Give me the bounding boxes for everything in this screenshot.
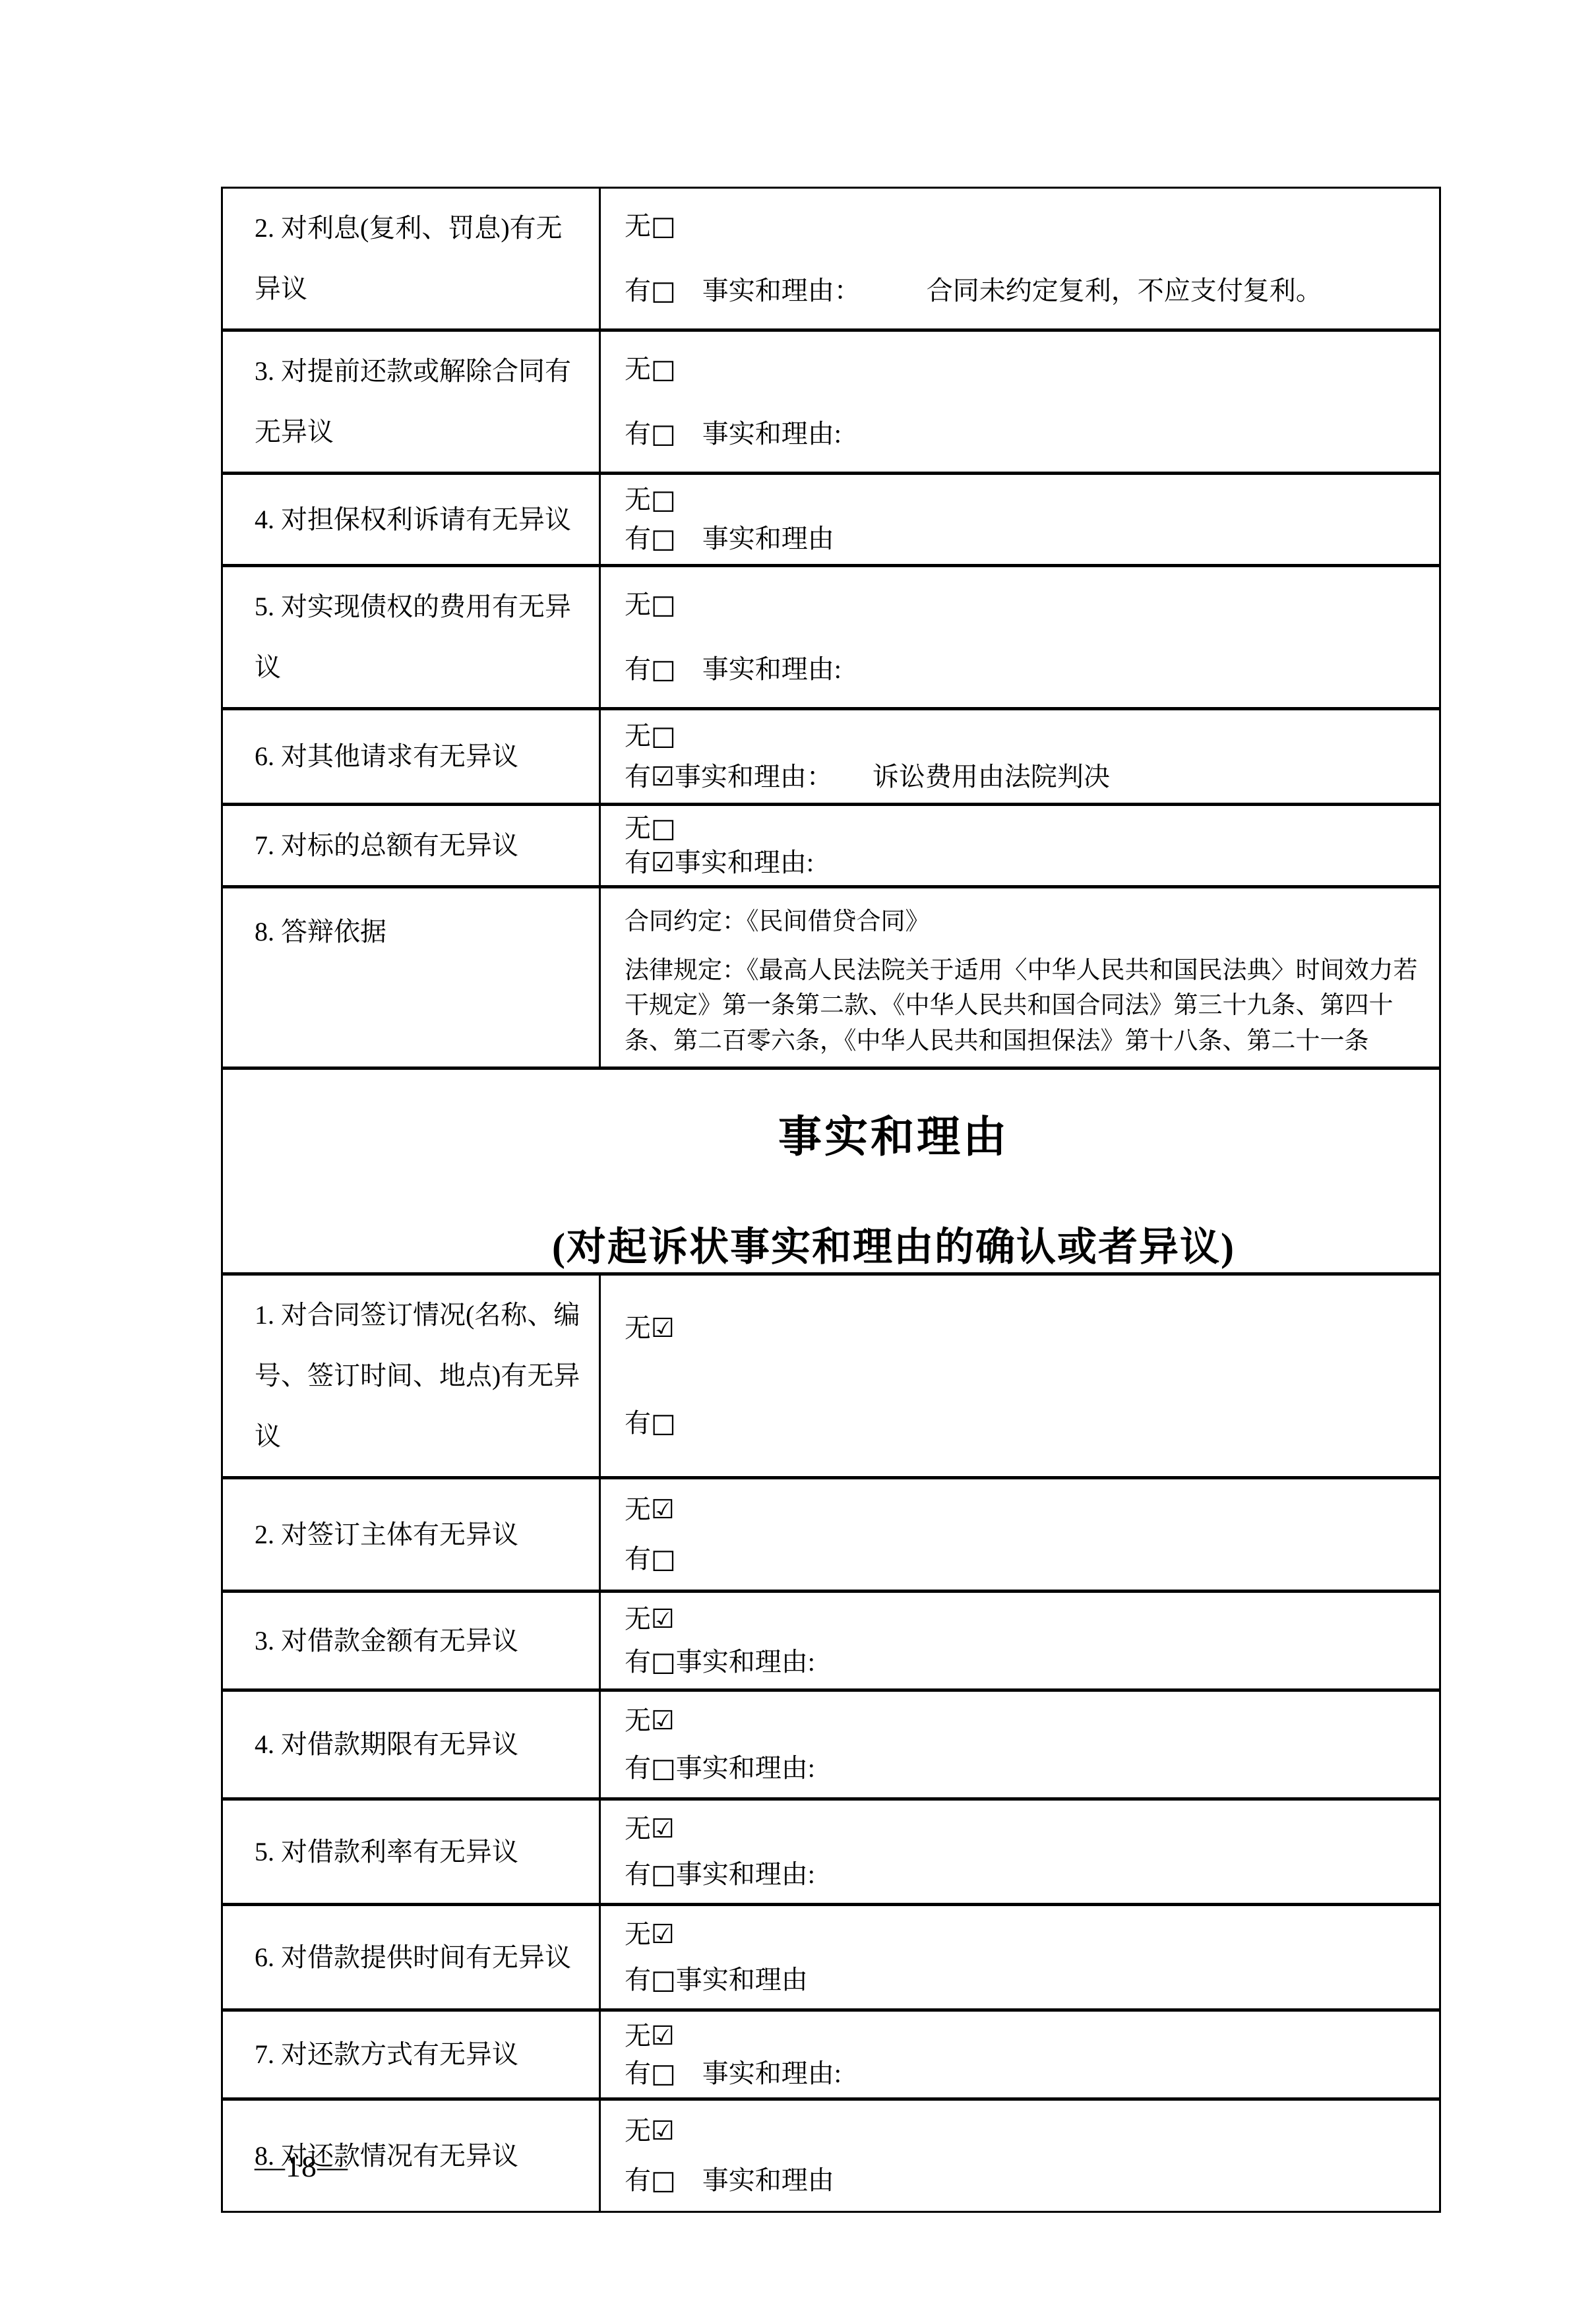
- checkbox-checked-icon: ☑: [651, 1706, 675, 1736]
- section-title-row: 事实和理由 (对起诉状事实和理由的确认或者异议): [223, 1067, 1439, 1272]
- option-yes-line: 有☑事实和理由： 诉讼费用由法院判决: [625, 760, 1426, 793]
- option-none-label: 无: [625, 354, 651, 384]
- legal-basis-line: 法律规定：《最高人民法院关于适用〈中华人民共和国民法典〉时间效力若干规定》第一条…: [625, 953, 1430, 1059]
- table-row: 8. 对还款情况有无异议 无☑ 有□ 事实和理由: [223, 2097, 1439, 2211]
- option-none-label: 无: [625, 1495, 651, 1524]
- checkbox-unchecked-icon: □: [651, 485, 676, 515]
- option-yes-rest: 事实和理由： 合同未约定复利，不应支付复利。: [676, 276, 1322, 305]
- option-yes-label: 有: [625, 2165, 651, 2195]
- option-yes-rest: 事实和理由:: [676, 2058, 842, 2088]
- option-yes-rest: 事实和理由:: [676, 419, 842, 448]
- checkbox-checked-icon: ☑: [651, 1495, 675, 1525]
- table-row: 3. 对提前还款或解除合同有无异议 无□ 有□ 事实和理由:: [223, 328, 1439, 472]
- option-none-line: 无☑: [625, 1603, 1426, 1636]
- row-label: 7. 对标的总额有无异议: [223, 806, 599, 885]
- option-none-line: 无□: [625, 210, 1426, 243]
- row-label-text: 1. 对合同签订情况(名称、编号、签订时间、地点)有无异议: [255, 1285, 587, 1467]
- option-yes-line: 有□ 事实和理由： 合同未约定复利，不应支付复利。: [625, 274, 1426, 307]
- row-label: 4. 对借款期限有无异议: [223, 1692, 599, 1797]
- option-none-line: 无□: [625, 720, 1426, 753]
- page-number: —18—: [255, 2149, 348, 2184]
- contract-basis-line: 合同约定：《民间借贷合同》: [625, 904, 1430, 940]
- option-yes-rest: 事实和理由:: [675, 848, 814, 877]
- option-yes-line: 有□: [625, 1407, 1426, 1440]
- checkbox-unchecked-icon: □: [651, 1544, 676, 1574]
- row-label-text: 5. 对借款利率有无异议: [255, 1822, 518, 1882]
- option-none-line: 无□: [625, 483, 1426, 516]
- option-none-line: 无□: [625, 588, 1426, 621]
- option-yes-line: 有□事实和理由:: [625, 1858, 1426, 1891]
- option-none-label: 无: [625, 485, 651, 514]
- table-row: 3. 对借款金额有无异议 无☑ 有□事实和理由:: [223, 1590, 1439, 1688]
- checkbox-checked-icon: ☑: [651, 2021, 675, 2051]
- row-label-text: 5. 对实现债权的费用有无异议: [255, 576, 587, 698]
- option-none-line: 无□: [625, 353, 1426, 386]
- checkbox-unchecked-icon: □: [651, 813, 676, 844]
- table-row: 1. 对合同签订情况(名称、编号、签订时间、地点)有无异议 无☑ 有□: [223, 1272, 1439, 1476]
- row-label: 3. 对借款金额有无异议: [223, 1593, 599, 1688]
- option-none-label: 无: [625, 2116, 651, 2146]
- option-none-line: 无□: [625, 812, 1426, 845]
- row-label: 5. 对借款利率有无异议: [223, 1801, 599, 1903]
- row-label-text: 7. 对标的总额有无异议: [255, 815, 518, 876]
- option-none-line: 无☑: [625, 1312, 1426, 1345]
- option-yes-line: 有□: [625, 1543, 1426, 1576]
- row-value: 无□ 有□ 事实和理由： 合同未约定复利，不应支付复利。: [599, 189, 1439, 328]
- option-yes-label: 有: [625, 1859, 651, 1889]
- row-label-text: 6. 对其他请求有无异议: [255, 726, 518, 787]
- option-yes-rest: 事实和理由:: [676, 1859, 815, 1889]
- row-value: 无☑ 有□ 事实和理由:: [599, 2012, 1439, 2097]
- option-none-label: 无: [625, 1706, 651, 1735]
- row-value: 无☑ 有□: [599, 1276, 1439, 1476]
- option-yes-label: 有: [625, 419, 651, 448]
- row-value: 无□ 有☑事实和理由:: [599, 806, 1439, 885]
- row-label-text: 6. 对借款提供时间有无异议: [255, 1927, 571, 1988]
- option-yes-label: 有: [625, 848, 651, 877]
- option-none-label: 无: [625, 1814, 651, 1843]
- table-row: 6. 对借款提供时间有无异议 无☑ 有□事实和理由: [223, 1903, 1439, 2008]
- option-yes-label: 有: [625, 1753, 651, 1783]
- option-yes-line: 有□ 事实和理由: [625, 2164, 1426, 2197]
- option-none-label: 无: [625, 1313, 651, 1343]
- row-value: 无☑ 有□事实和理由: [599, 1906, 1439, 2008]
- row-label: 3. 对提前还款或解除合同有无异议: [223, 332, 599, 472]
- option-yes-label: 有: [625, 524, 651, 553]
- option-none-label: 无: [625, 590, 651, 619]
- option-yes-label: 有: [625, 762, 651, 791]
- option-yes-line: 有□ 事实和理由:: [625, 653, 1426, 686]
- row-label-text: 8. 答辩依据: [255, 915, 386, 949]
- option-none-line: 无☑: [625, 2020, 1426, 2053]
- row-value: 无□ 有□ 事实和理由:: [599, 332, 1439, 472]
- option-yes-label: 有: [625, 276, 651, 305]
- document-page: 2. 对利息(复利、罚息)有无异议 无□ 有□ 事实和理由： 合同未约定复利，不…: [0, 0, 1596, 2319]
- option-yes-label: 有: [625, 1647, 651, 1677]
- section-title: 事实和理由: [348, 1101, 1439, 1164]
- option-none-label: 无: [625, 813, 651, 843]
- checkbox-checked-icon: ☑: [651, 1814, 675, 1844]
- table-row: 5. 对借款利率有无异议 无☑ 有□事实和理由:: [223, 1797, 1439, 1903]
- option-none-label: 无: [625, 1604, 651, 1634]
- row-label-text: 2. 对签订主体有无异议: [255, 1504, 518, 1565]
- option-yes-rest: 事实和理由: [676, 524, 834, 553]
- option-yes-label: 有: [625, 1408, 651, 1438]
- checkbox-unchecked-icon: □: [651, 2058, 676, 2089]
- checkbox-unchecked-icon: □: [651, 211, 676, 241]
- option-yes-label: 有: [625, 2058, 651, 2088]
- checkbox-unchecked-icon: □: [651, 590, 676, 620]
- row-value: 无□ 有□ 事实和理由:: [599, 567, 1439, 707]
- table-row: 8. 答辩依据 合同约定：《民间借贷合同》 法律规定：《最高人民法院关于适用〈中…: [223, 885, 1439, 1067]
- option-yes-line: 有□ 事实和理由:: [625, 417, 1426, 450]
- option-yes-line: 有□ 事实和理由:: [625, 2057, 1426, 2090]
- table-row: 2. 对利息(复利、罚息)有无异议 无□ 有□ 事实和理由： 合同未约定复利，不…: [223, 189, 1439, 328]
- checkbox-unchecked-icon: □: [651, 654, 676, 685]
- row-value: 无☑ 有□事实和理由:: [599, 1593, 1439, 1688]
- checkbox-checked-icon: ☑: [651, 1313, 675, 1344]
- checkbox-unchecked-icon: □: [651, 2165, 676, 2196]
- checkbox-unchecked-icon: □: [651, 419, 676, 449]
- option-yes-label: 有: [625, 1965, 651, 1994]
- row-value: 无☑ 有□事实和理由:: [599, 1801, 1439, 1903]
- table-row: 7. 对还款方式有无异议 无☑ 有□ 事实和理由:: [223, 2008, 1439, 2097]
- option-yes-line: 有□事实和理由:: [625, 1752, 1426, 1785]
- option-yes-label: 有: [625, 654, 651, 684]
- checkbox-unchecked-icon: □: [651, 1647, 676, 1677]
- row-label-text: 3. 对借款金额有无异议: [255, 1611, 518, 1671]
- table-row: 7. 对标的总额有无异议 无□ 有☑事实和理由:: [223, 803, 1439, 885]
- table-row: 5. 对实现债权的费用有无异议 无□ 有□ 事实和理由:: [223, 564, 1439, 707]
- option-yes-line: 有□事实和理由: [625, 1963, 1426, 1996]
- option-yes-line: 有□事实和理由:: [625, 1646, 1426, 1679]
- checkbox-unchecked-icon: □: [651, 1408, 676, 1438]
- row-label: 2. 对签订主体有无异议: [223, 1479, 599, 1590]
- row-label-text: 2. 对利息(复利、罚息)有无异议: [255, 198, 587, 319]
- defense-form-table: 2. 对利息(复利、罚息)有无异议 无□ 有□ 事实和理由： 合同未约定复利，不…: [221, 187, 1441, 2213]
- option-none-label: 无: [625, 721, 651, 751]
- row-label: 2. 对利息(复利、罚息)有无异议: [223, 189, 599, 328]
- option-none-line: 无☑: [625, 1704, 1426, 1737]
- row-value: 无□ 有□ 事实和理由: [599, 475, 1439, 564]
- row-value: 无☑ 有□: [599, 1479, 1439, 1590]
- option-yes-rest: 事实和理由： 诉讼费用由法院判决: [675, 762, 1110, 791]
- checkbox-checked-icon: ☑: [651, 2116, 675, 2146]
- checkbox-unchecked-icon: □: [651, 721, 676, 751]
- checkbox-unchecked-icon: □: [651, 1859, 676, 1890]
- section-subtitle: (对起诉状事实和理由的确认或者异议): [348, 1216, 1439, 1272]
- option-none-label: 无: [625, 2021, 651, 2051]
- checkbox-unchecked-icon: □: [651, 524, 676, 554]
- table-row: 6. 对其他请求有无异议 无□ 有☑事实和理由： 诉讼费用由法院判决: [223, 707, 1439, 803]
- option-yes-rest: 事实和理由:: [676, 654, 842, 684]
- row-value: 无□ 有☑事实和理由： 诉讼费用由法院判决: [599, 710, 1439, 803]
- row-label-text: 4. 对担保权利诉请有无异议: [255, 489, 571, 550]
- checkbox-checked-icon: ☑: [651, 762, 675, 792]
- row-label: 6. 对其他请求有无异议: [223, 710, 599, 803]
- table-row: 4. 对借款期限有无异议 无☑ 有□事实和理由:: [223, 1688, 1439, 1797]
- option-none-line: 无☑: [625, 2115, 1426, 2148]
- checkbox-unchecked-icon: □: [651, 1753, 676, 1783]
- row-label-text: 3. 对提前还款或解除合同有无异议: [255, 341, 587, 462]
- row-label-text: 4. 对借款期限有无异议: [255, 1714, 518, 1775]
- checkbox-unchecked-icon: □: [651, 354, 676, 385]
- checkbox-checked-icon: ☑: [651, 848, 675, 878]
- row-value: 合同约定：《民间借贷合同》 法律规定：《最高人民法院关于适用〈中华人民共和国民法…: [599, 888, 1439, 1067]
- option-yes-rest: 事实和理由: [676, 2165, 834, 2195]
- option-yes-label: 有: [625, 1544, 651, 1574]
- row-value: 无☑ 有□ 事实和理由: [599, 2101, 1439, 2211]
- checkbox-checked-icon: ☑: [651, 1604, 675, 1634]
- row-label: 8. 答辩依据: [223, 888, 599, 1067]
- option-yes-rest: 事实和理由:: [676, 1647, 815, 1677]
- checkbox-unchecked-icon: □: [651, 1965, 676, 1995]
- row-label: 5. 对实现债权的费用有无异议: [223, 567, 599, 707]
- row-label: 1. 对合同签订情况(名称、编号、签订时间、地点)有无异议: [223, 1276, 599, 1476]
- option-yes-line: 有☑事实和理由:: [625, 846, 1426, 879]
- row-label: 6. 对借款提供时间有无异议: [223, 1906, 599, 2008]
- checkbox-checked-icon: ☑: [651, 1919, 675, 1950]
- row-label: 7. 对还款方式有无异议: [223, 2012, 599, 2097]
- option-none-line: 无☑: [625, 1918, 1426, 1951]
- table-row: 4. 对担保权利诉请有无异议 无□ 有□ 事实和理由: [223, 472, 1439, 564]
- option-yes-rest: 事实和理由: [676, 1965, 808, 1994]
- row-value: 无☑ 有□事实和理由:: [599, 1692, 1439, 1797]
- row-label-text: 7. 对还款方式有无异议: [255, 2024, 518, 2085]
- option-none-label: 无: [625, 1919, 651, 1949]
- table-row: 2. 对签订主体有无异议 无☑ 有□: [223, 1476, 1439, 1590]
- checkbox-unchecked-icon: □: [651, 276, 676, 306]
- option-none-label: 无: [625, 211, 651, 241]
- row-label: 4. 对担保权利诉请有无异议: [223, 475, 599, 564]
- option-yes-rest: 事实和理由:: [676, 1753, 815, 1783]
- option-yes-line: 有□ 事实和理由: [625, 522, 1426, 555]
- option-none-line: 无☑: [625, 1812, 1426, 1845]
- option-none-line: 无☑: [625, 1493, 1426, 1526]
